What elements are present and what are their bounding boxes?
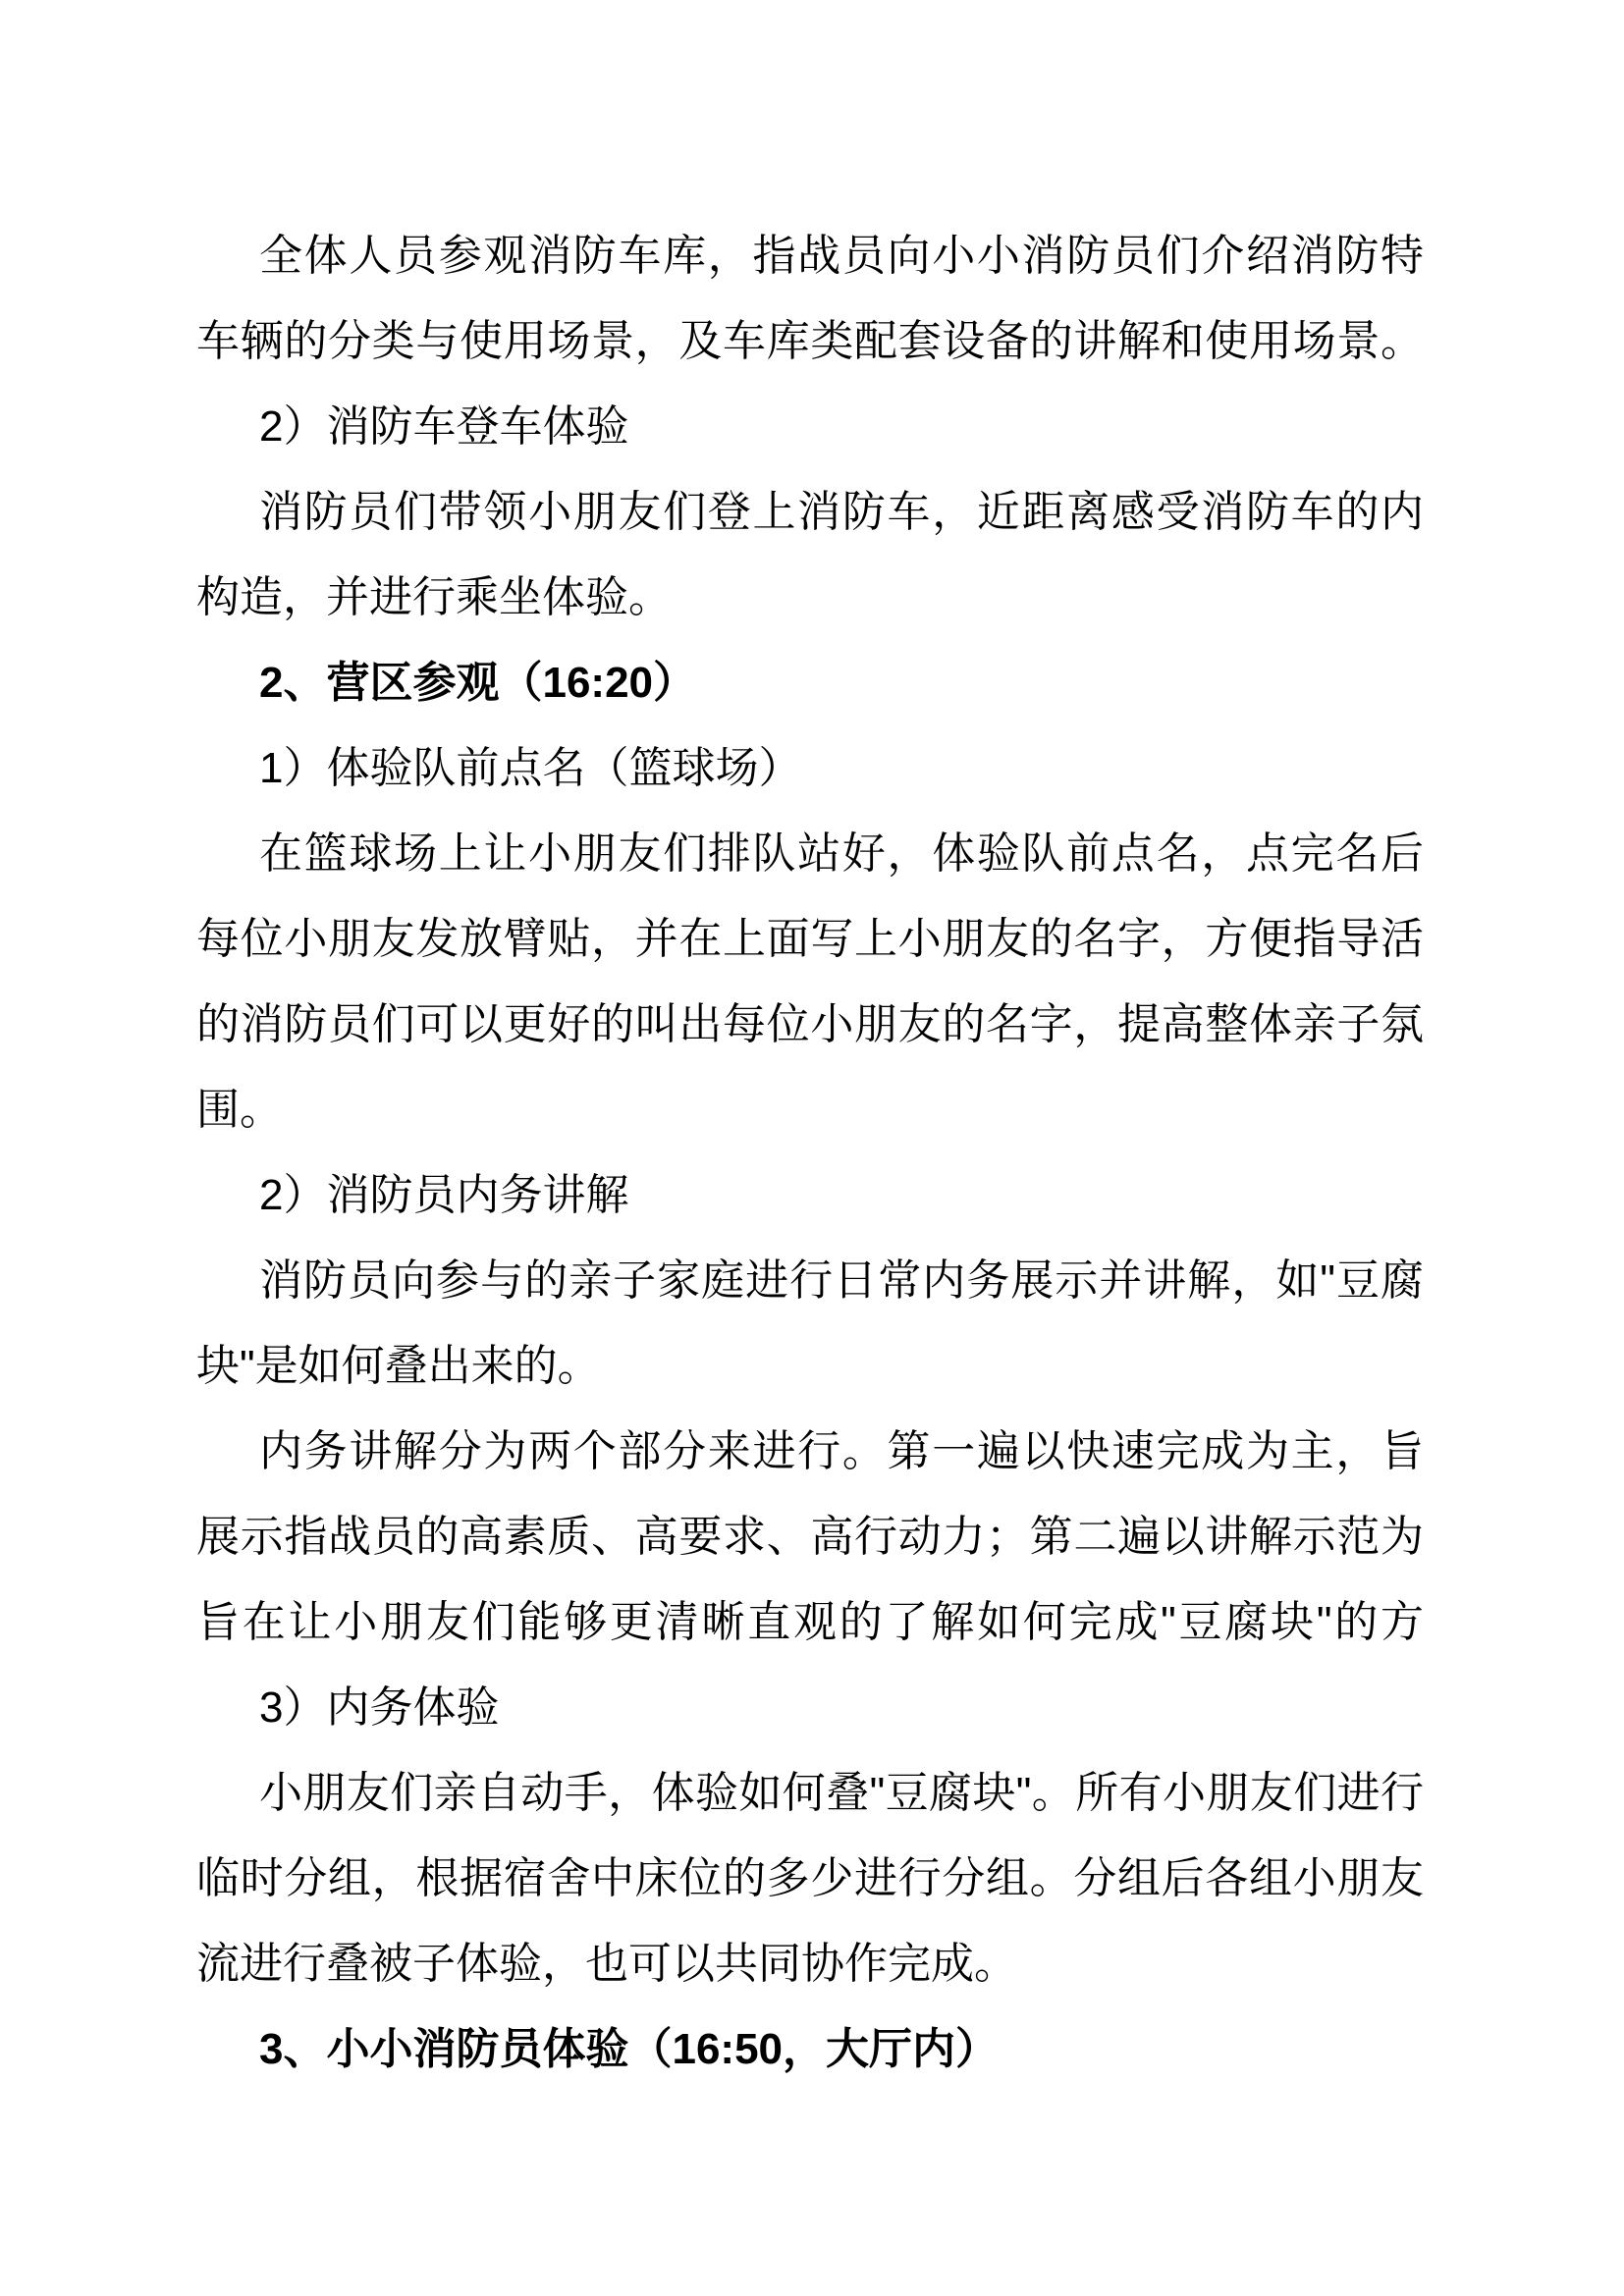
heading-line: 3、小小消防员体验（16:50，大厅内） <box>196 2006 1424 2092</box>
text-line: 流进行叠被子体验，也可以共同协作完成。 <box>196 1921 1424 2006</box>
text-line: 构造，并进行乘坐体验。 <box>196 555 1424 640</box>
text-line: 旨在让小朋友们能够更清晰直观的了解如何完成"豆腐块"的方法。 <box>196 1579 1424 1665</box>
text-line: 的消防员们可以更好的叫出每位小朋友的名字，提高整体亲子氛 <box>196 982 1424 1067</box>
text-line: 每位小朋友发放臂贴，并在上面写上小朋友的名字，方便指导活动 <box>196 896 1424 982</box>
text-line: 展示指战员的高素质、高要求、高行动力；第二遍以讲解示范为主， <box>196 1494 1424 1579</box>
text-line: 全体人员参观消防车库，指战员向小小消防员们介绍消防特种 <box>196 213 1424 298</box>
text-line: 消防员们带领小朋友们登上消防车，近距离感受消防车的内部 <box>196 469 1424 555</box>
text-line: 车辆的分类与使用场景，及车库类配套设备的讲解和使用场景。 <box>196 298 1424 384</box>
heading-line: 2、营区参观（16:20） <box>196 640 1424 725</box>
text-line: 3）内务体验 <box>196 1665 1424 1750</box>
text-line: 内务讲解分为两个部分来进行。第一遍以快速完成为主，旨在 <box>196 1409 1424 1494</box>
text-line: 2）消防车登车体验 <box>196 384 1424 469</box>
text-line: 消防员向参与的亲子家庭进行日常内务展示并讲解，如"豆腐 <box>196 1238 1424 1323</box>
text-line: 1）体验队前点名（篮球场） <box>196 725 1424 811</box>
document-body: 全体人员参观消防车库，指战员向小小消防员们介绍消防特种车辆的分类与使用场景，及车… <box>196 213 1424 2092</box>
text-line: 块"是如何叠出来的。 <box>196 1323 1424 1409</box>
text-line: 临时分组，根据宿舍中床位的多少进行分组。分组后各组小朋友轮 <box>196 1836 1424 1921</box>
text-line: 小朋友们亲自动手，体验如何叠"豆腐块"。所有小朋友们进行 <box>196 1750 1424 1836</box>
text-line: 围。 <box>196 1067 1424 1152</box>
text-line: 在篮球场上让小朋友们排队站好，体验队前点名，点完名后给 <box>196 811 1424 896</box>
text-line: 2）消防员内务讲解 <box>196 1152 1424 1238</box>
document-page: 全体人员参观消防车库，指战员向小小消防员们介绍消防特种车辆的分类与使用场景，及车… <box>0 0 1624 2296</box>
